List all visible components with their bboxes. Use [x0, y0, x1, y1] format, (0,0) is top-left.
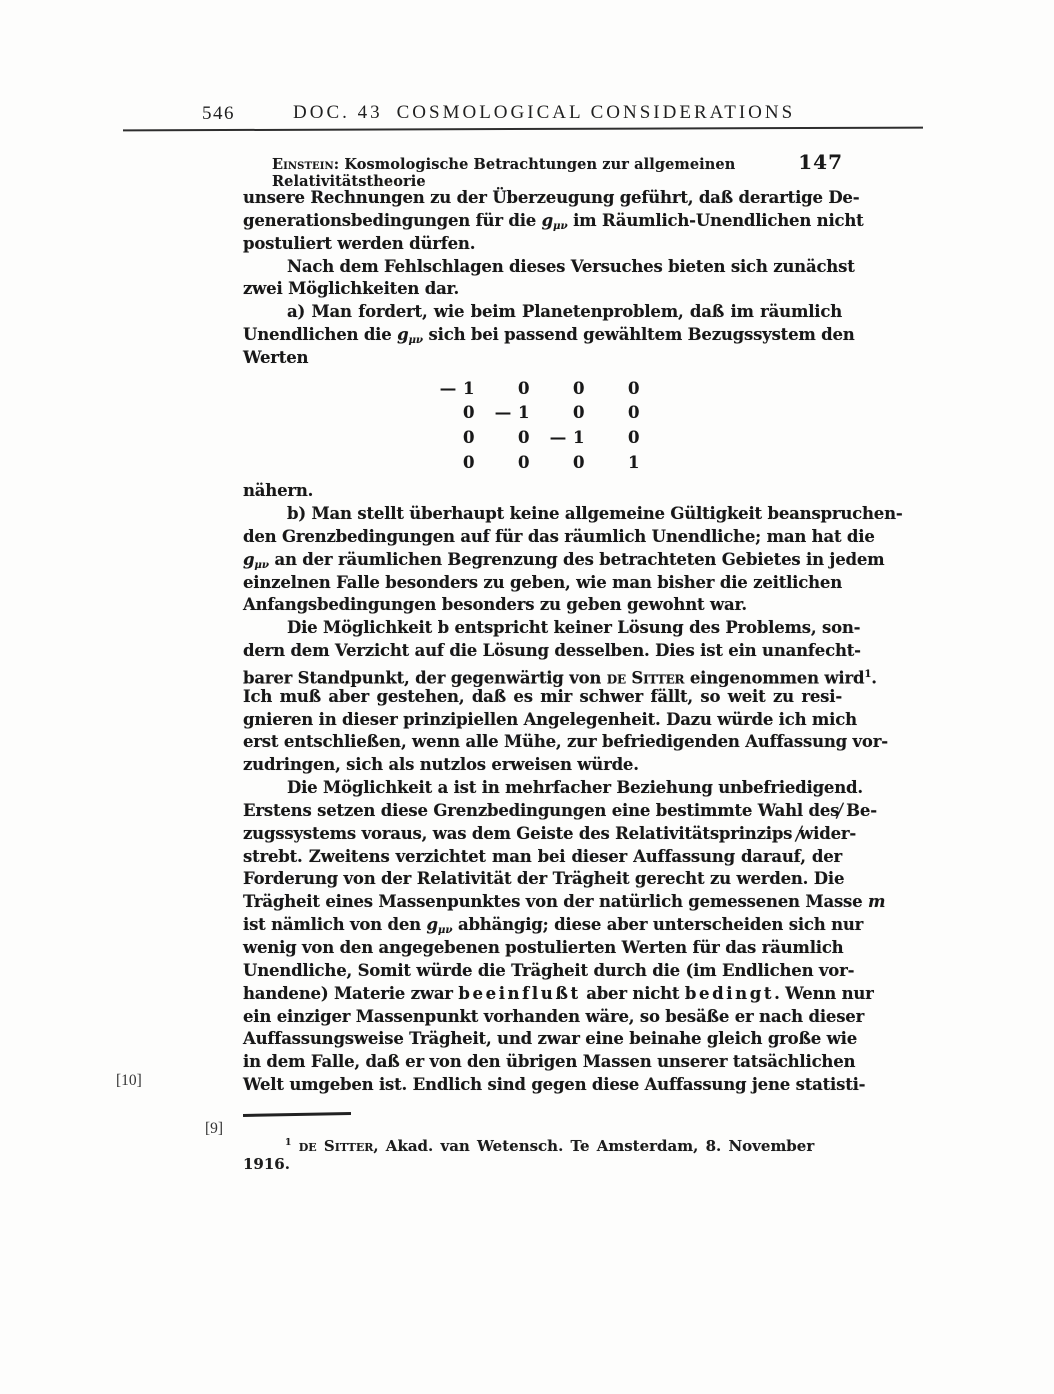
text-segment: μν	[408, 334, 423, 346]
text-line: erst entschließen, wenn alle Mühe, zur b…	[243, 731, 842, 754]
editorial-margin-note-10: [10]	[116, 1072, 142, 1090]
original-page-number: 147	[798, 150, 843, 174]
text-segment: ist nämlich von den	[243, 915, 427, 934]
text-line: ist nämlich von den gμν abhängig; diese …	[243, 914, 842, 937]
text-line: gμν an der räumlichen Begrenzung des bet…	[243, 549, 842, 572]
paragraphs-before-matrix: unsere Rechnungen zu der Überzeugung gef…	[243, 187, 842, 370]
text-segment: Anfangsbedingungen besonders zu geben ge…	[243, 595, 747, 614]
text-segment: eingenommen wird	[684, 668, 864, 687]
text-line: nähern.	[243, 480, 842, 503]
text-segment: aber nicht	[581, 984, 685, 1003]
text-segment: de Sitter	[299, 1137, 374, 1155]
text-line: Werten	[243, 347, 842, 370]
text-segment: m	[868, 892, 885, 911]
text-line: zugssystems voraus, was dem Geiste des R…	[243, 823, 842, 846]
text-segment: Auffassungsweise Trägheit, und zwar eine…	[243, 1029, 857, 1048]
text-segment: Unendlichen die	[243, 325, 397, 344]
matrix-cell: 0	[420, 451, 475, 476]
matrix-cell: — 1	[420, 377, 475, 402]
text-line: zwei Möglichkeiten dar.	[243, 278, 842, 301]
text-line: barer Standpunkt, der gegenwärtig von de…	[243, 663, 842, 686]
text-segment: unsere Rechnungen zu der Überzeugung gef…	[243, 188, 859, 207]
text-segment: den Grenzbedingungen auf für das räumlic…	[243, 527, 875, 546]
text-line: dern dem Verzicht auf die Lösung desselb…	[243, 640, 842, 663]
matrix-row: 0001	[420, 451, 842, 476]
text-line: Ich muß aber gestehen, daß es mir schwer…	[243, 686, 842, 709]
text-segment: μν	[254, 559, 269, 571]
text-segment: in dem Falle, daß er von den übrigen Mas…	[243, 1052, 855, 1071]
text-line: Welt umgeben ist. Endlich sind gegen die…	[243, 1074, 842, 1097]
text-line: Die Möglichkeit a ist in mehrfacher Bezi…	[243, 777, 842, 800]
text-line: Unendliche, Somit würde die Trägheit dur…	[243, 960, 842, 983]
text-segment: abhängig; diese aber unterscheiden sich …	[452, 915, 863, 934]
text-line: postuliert werden dürfen.	[243, 233, 842, 256]
text-line: Unendlichen die gμν sich bei passend gew…	[243, 324, 842, 347]
text-segment: Ich muß aber gestehen, daß es mir schwer…	[243, 687, 842, 706]
text-segment	[291, 1137, 298, 1155]
text-segment: .	[871, 668, 877, 687]
text-line: zudringen, sich als nutzlos erweisen wür…	[243, 754, 842, 777]
text-segment: b) Man stellt überhaupt keine allgemeine…	[287, 504, 903, 523]
matrix-row: 0— 100	[420, 401, 842, 426]
matrix-cell: — 1	[475, 401, 530, 426]
text-segment: g	[427, 915, 438, 934]
matrix-cell: 0	[420, 426, 475, 451]
chapter-header: DOC. 43COSMOLOGICAL CONSIDERATIONS	[293, 102, 795, 124]
text-segment: beeinflußt	[458, 984, 580, 1003]
text-segment: g	[243, 550, 254, 569]
matrix-cell: 0	[475, 451, 530, 476]
text-line: Trägheit eines Massenpunktes von der nat…	[243, 891, 842, 914]
matrix-row: — 1000	[420, 377, 842, 402]
text-segment: dern dem Verzicht auf die Lösung desselb…	[243, 641, 861, 660]
text-segment: nähern.	[243, 481, 313, 500]
text-line: gnieren in dieser prinzipiellen Angelege…	[243, 709, 842, 732]
text-segment: Welt umgeben ist. Endlich sind gegen die…	[243, 1075, 865, 1094]
metric-boundary-matrix: — 10000— 10000— 100001	[420, 370, 842, 480]
text-line: Die Möglichkeit b entspricht keiner Lösu…	[243, 617, 842, 640]
paragraphs-after-matrix: nähern.b) Man stellt überhaupt keine all…	[243, 480, 842, 1097]
text-line: generationsbedingungen für die gμν im Rä…	[243, 210, 842, 233]
text-segment: Be-	[841, 801, 877, 820]
text-segment: Forderung von der Relativität der Träghe…	[243, 869, 844, 888]
matrix-cell: 0	[420, 401, 475, 426]
text-line: ein einziger Massenpunkt vorhanden wäre,…	[243, 1006, 842, 1029]
text-segment: μν	[553, 220, 568, 232]
book-page-number: 546	[202, 103, 235, 125]
text-segment: g	[397, 325, 408, 344]
text-segment: zudringen, sich als nutzlos erweisen wür…	[243, 755, 639, 774]
text-line: Nach dem Fehlschlagen dieses Versuches b…	[243, 256, 842, 279]
matrix-cell: 0	[585, 426, 640, 451]
matrix-cell: 0	[475, 377, 530, 402]
text-segment: . Wenn nur	[774, 984, 874, 1003]
matrix-cell: 1	[585, 451, 640, 476]
matrix-cell: 0	[585, 377, 640, 402]
doc-label: DOC. 43	[293, 102, 383, 123]
text-segment: gnieren in dieser prinzipiellen Angelege…	[243, 710, 857, 729]
text-segment: handene) Materie zwar	[243, 984, 458, 1003]
journal-running-head: Einstein: Kosmologische Betrachtungen zu…	[272, 150, 843, 190]
text-line: wenig von den angegebenen postulierten W…	[243, 937, 842, 960]
text-segment: erst entschließen, wenn alle Mühe, zur b…	[243, 732, 888, 751]
text-line: Forderung von der Relativität der Träghe…	[243, 868, 842, 891]
matrix-cell: 0	[530, 401, 585, 426]
text-segment: Unendliche, Somit würde die Trägheit dur…	[243, 961, 854, 980]
matrix-cell: 0	[530, 377, 585, 402]
matrix-cell: — 1	[530, 426, 585, 451]
text-line: Anfangsbedingungen besonders zu geben ge…	[243, 594, 842, 617]
editorial-margin-note-9: [9]	[205, 1120, 223, 1138]
text-segment: bedingt	[685, 984, 774, 1003]
text-segment: de Sitter	[607, 668, 685, 687]
text-segment: wider-	[799, 824, 856, 843]
text-line: a) Man fordert, wie beim Planetenproblem…	[243, 301, 842, 324]
chapter-title: COSMOLOGICAL CONSIDERATIONS	[397, 102, 796, 123]
text-line: handene) Materie zwar beeinflußt aber ni…	[243, 983, 842, 1006]
text-line: strebt. Zweitens verzichtet man bei dies…	[243, 846, 842, 869]
text-segment: Die Möglichkeit a ist in mehrfacher Bezi…	[287, 778, 863, 797]
matrix-cell: 0	[585, 401, 640, 426]
text-segment: Die Möglichkeit b entspricht keiner Lösu…	[287, 618, 860, 637]
text-segment: μν	[438, 924, 453, 936]
matrix-row: 00— 10	[420, 426, 842, 451]
text-segment: generationsbedingungen für die	[243, 211, 542, 230]
text-segment: einzelnen Falle besonders zu geben, wie …	[243, 573, 842, 592]
text-segment: Nach dem Fehlschlagen dieses Versuches b…	[287, 257, 855, 276]
text-line: Auffassungsweise Trägheit, und zwar eine…	[243, 1028, 842, 1051]
text-line: unsere Rechnungen zu der Überzeugung gef…	[243, 187, 842, 210]
footnote-separator-rule	[243, 1112, 351, 1116]
text-segment: sich bei passend gewähltem Bezugssystem …	[423, 325, 855, 344]
text-line: Erstens setzen diese Grenzbedingungen ei…	[243, 800, 842, 823]
text-segment: ein einziger Massenpunkt vorhanden wäre,…	[243, 1007, 864, 1026]
text-segment: wenig von den angegebenen postulierten W…	[243, 938, 843, 957]
author-name: Einstein	[272, 156, 334, 173]
scanned-book-page: 546 DOC. 43COSMOLOGICAL CONSIDERATIONS E…	[0, 0, 1054, 1394]
body-text-column: unsere Rechnungen zu der Überzeugung gef…	[243, 187, 842, 1097]
matrix-cell: 0	[530, 451, 585, 476]
text-segment: postuliert werden dürfen.	[243, 234, 475, 253]
text-line: den Grenzbedingungen auf für das räumlic…	[243, 526, 842, 549]
footnote-text: 1 de Sitter, Akad. van Wetensch. Te Amst…	[243, 1137, 843, 1173]
text-segment: Trägheit eines Massenpunktes von der nat…	[243, 892, 868, 911]
text-segment: a) Man fordert, wie beim Planetenproblem…	[287, 302, 842, 321]
text-segment: im Räumlich-Unendlichen nicht	[568, 211, 864, 230]
text-line: in dem Falle, daß er von den übrigen Mas…	[243, 1051, 842, 1074]
header-rule	[123, 127, 923, 132]
text-segment: zwei Möglichkeiten dar.	[243, 279, 459, 298]
running-head-rest: : Kosmologische Betrachtungen zur allgem…	[272, 156, 735, 190]
text-segment: an der räumlichen Begrenzung des betrach…	[269, 550, 884, 569]
text-line: einzelnen Falle besonders zu geben, wie …	[243, 572, 842, 595]
text-segment: Werten	[243, 348, 308, 367]
text-line: b) Man stellt überhaupt keine allgemeine…	[243, 503, 842, 526]
matrix-cell: 0	[475, 426, 530, 451]
text-segment: Erstens setzen diese Grenzbedingungen ei…	[243, 801, 839, 820]
text-segment: strebt. Zweitens verzichtet man bei dies…	[243, 847, 842, 866]
running-head-text: Einstein: Kosmologische Betrachtungen zu…	[272, 156, 798, 190]
text-segment: barer Standpunkt, der gegenwärtig von	[243, 668, 607, 687]
text-segment: g	[542, 211, 553, 230]
text-segment: zugssystems voraus, was dem Geiste des R…	[243, 824, 798, 843]
